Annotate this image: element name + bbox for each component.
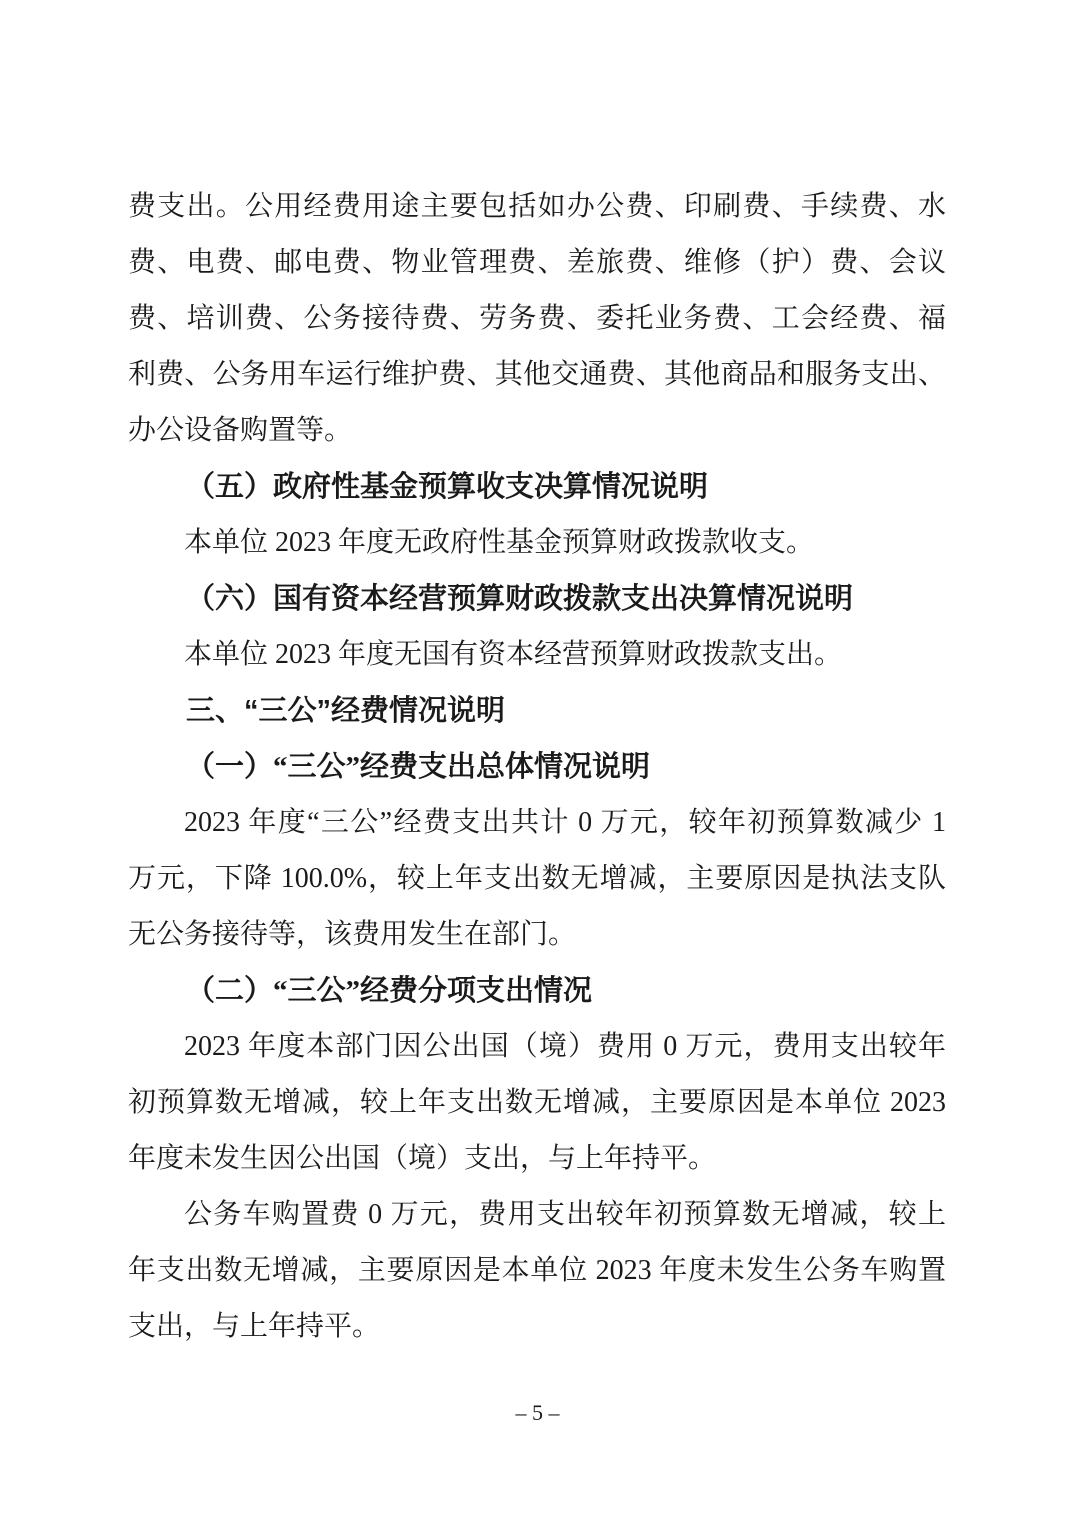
paragraph-line: 初预算数无增减，较上年支出数无增减，主要原因是本单位 2023	[128, 1075, 946, 1131]
paragraph-line: 办公设备购置等。	[128, 403, 946, 459]
paragraph-line: 无公务接待等，该费用发生在部门。	[128, 907, 946, 963]
subsection-heading: （一）“三公”经费支出总体情况说明	[128, 739, 946, 795]
paragraph-line: 年度未发生因公出国（境）支出，与上年持平。	[128, 1131, 946, 1187]
subsection-heading: （六）国有资本经营预算财政拨款支出决算情况说明	[128, 571, 946, 627]
subsection-heading: （五）政府性基金预算收支决算情况说明	[128, 459, 946, 515]
paragraph-line: 2023 年度“三公”经费支出共计 0 万元，较年初预算数减少 1	[128, 795, 946, 851]
paragraph-line: 万元，下降 100.0%，较上年支出数无增减，主要原因是执法支队	[128, 851, 946, 907]
document-page: 费支出。公用经费用途主要包括如办公费、印刷费、手续费、水费、电费、邮电费、物业管…	[0, 0, 1075, 1520]
paragraph-line: 2023 年度本部门因公出国（境）费用 0 万元，费用支出较年	[128, 1019, 946, 1075]
document-lines: 费支出。公用经费用途主要包括如办公费、印刷费、手续费、水费、电费、邮电费、物业管…	[128, 179, 946, 1355]
paragraph-line: 支出，与上年持平。	[128, 1299, 946, 1355]
paragraph-line: 本单位 2023 年度无国有资本经营预算财政拨款支出。	[128, 627, 946, 683]
paragraph-line: 费、培训费、公务接待费、劳务费、委托业务费、工会经费、福	[128, 291, 946, 347]
paragraph-line: 利费、公务用车运行维护费、其他交通费、其他商品和服务支出、	[128, 347, 946, 403]
page-number: – 5 –	[0, 1398, 1075, 1428]
paragraph-line: 年支出数无增减，主要原因是本单位 2023 年度未发生公务车购置	[128, 1243, 946, 1299]
section-heading: 三、“三公”经费情况说明	[128, 683, 946, 739]
paragraph-line: 本单位 2023 年度无政府性基金预算财政拨款收支。	[128, 515, 946, 571]
subsection-heading: （二）“三公”经费分项支出情况	[128, 963, 946, 1019]
paragraph-line: 公务车购置费 0 万元，费用支出较年初预算数无增减，较上	[128, 1187, 946, 1243]
paragraph-line: 费支出。公用经费用途主要包括如办公费、印刷费、手续费、水	[128, 179, 946, 235]
paragraph-line: 费、电费、邮电费、物业管理费、差旅费、维修（护）费、会议	[128, 235, 946, 291]
